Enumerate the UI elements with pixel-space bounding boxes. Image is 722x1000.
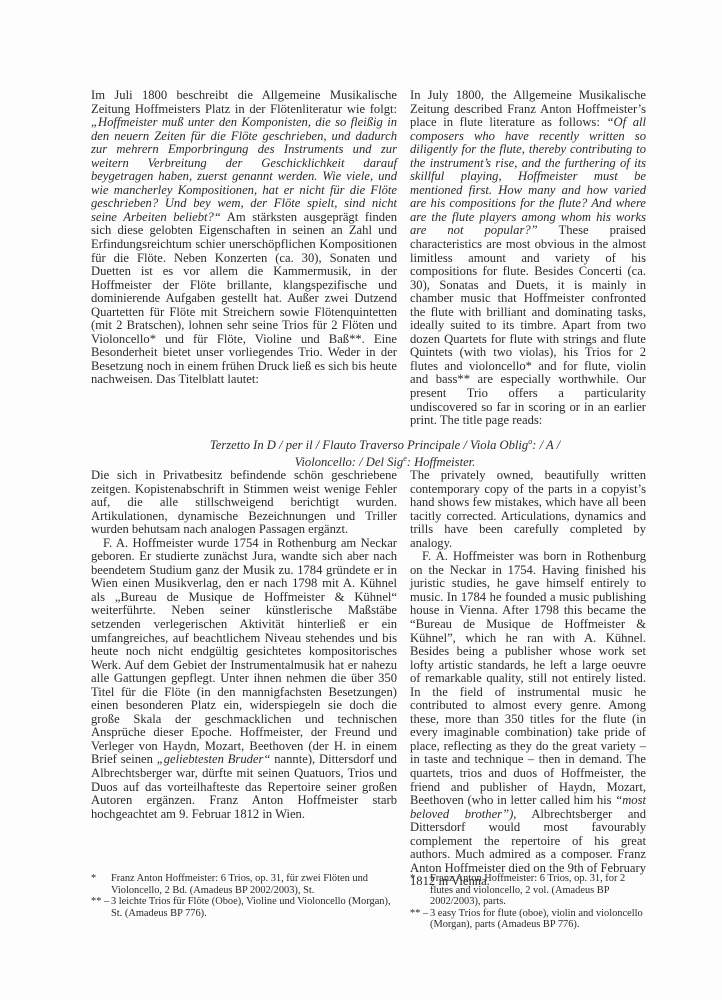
german-intro: Im Juli 1800 beschreibt die Allgemeine M… (91, 88, 397, 116)
footnote: ** – 3 leichte Trios für Flöte (Oboe), V… (91, 896, 397, 919)
german-footnotes: * Franz Anton Hoffmeister: 6 Trios, op. … (91, 873, 397, 919)
footnote-mark: ** – (91, 896, 111, 919)
german-paragraph-1: Im Juli 1800 beschreibt die Allgemeine M… (91, 89, 397, 387)
footnote-mark: * (410, 873, 430, 908)
german-bio: F. A. Hoffmeister wurde 1754 in Rothenbu… (91, 536, 397, 767)
title-page-quote: Terzetto In D / per il / Flauto Traverso… (150, 435, 620, 469)
title-line-1: Terzetto In D / per il / Flauto Traverso… (150, 435, 620, 452)
footnote-text: Franz Anton Hoffmeister: 6 Trios, op. 31… (111, 873, 397, 896)
footnote: ** – 3 easy Trios for flute (oboe), viol… (410, 908, 646, 931)
german-text-top: Im Juli 1800 beschreibt die Allgemeine M… (91, 89, 397, 387)
footnote-text: Franz Anton Hoffmeister: 6 Trios, op. 31… (430, 873, 646, 908)
footnote-text: 3 leichte Trios für Flöte (Oboe), Violin… (111, 896, 397, 919)
english-paragraph-2: The privately owned, beautifully written… (410, 469, 646, 550)
german-paragraph-2: Die sich in Privatbesitz befindende schö… (91, 469, 397, 537)
document-page: Im Juli 1800 beschreibt die Allgemeine M… (0, 0, 722, 1000)
english-paragraph-3: F. A. Hoffmeister was born in Rothenburg… (410, 550, 646, 889)
german-paragraph-3: F. A. Hoffmeister wurde 1754 in Rothenbu… (91, 537, 397, 821)
english-quote-amz: “Of all composers who have recently writ… (410, 115, 646, 237)
english-footnotes: * Franz Anton Hoffmeister: 6 Trios, op. … (410, 873, 646, 931)
footnote-mark: * (91, 873, 111, 896)
footnote-text: 3 easy Trios for flute (oboe), violin an… (430, 908, 646, 931)
german-quote-bruder: „geliebtesten Bruder“ (157, 752, 271, 766)
english-bio: F. A. Hoffmeister was born in Rothenburg… (410, 549, 646, 807)
title-line-1-end: : / A / (532, 438, 560, 452)
footnote-mark: ** – (410, 908, 430, 931)
english-text-top: In July 1800, the Allgemeine Musikalisch… (410, 89, 646, 428)
footnote: * Franz Anton Hoffmeister: 6 Trios, op. … (410, 873, 646, 908)
footnote: * Franz Anton Hoffmeister: 6 Trios, op. … (91, 873, 397, 896)
german-intro-cont: Am stärksten ausgeprägt finden sich dies… (91, 210, 397, 387)
english-text-bottom: The privately owned, beautifully written… (410, 469, 646, 889)
english-paragraph-1: In July 1800, the Allgemeine Musikalisch… (410, 89, 646, 428)
german-text-bottom: Die sich in Privatbesitz befindende schö… (91, 469, 397, 821)
title-line-1-text: Terzetto In D / per il / Flauto Traverso… (210, 438, 528, 452)
title-line-2: Violoncello: / Del Sige: Hoffmeister. (150, 452, 620, 469)
german-quote-amz: „Hoffmeister muß unter den Komponisten, … (91, 115, 397, 224)
english-intro-cont: These praised characteristics are most o… (410, 223, 646, 427)
